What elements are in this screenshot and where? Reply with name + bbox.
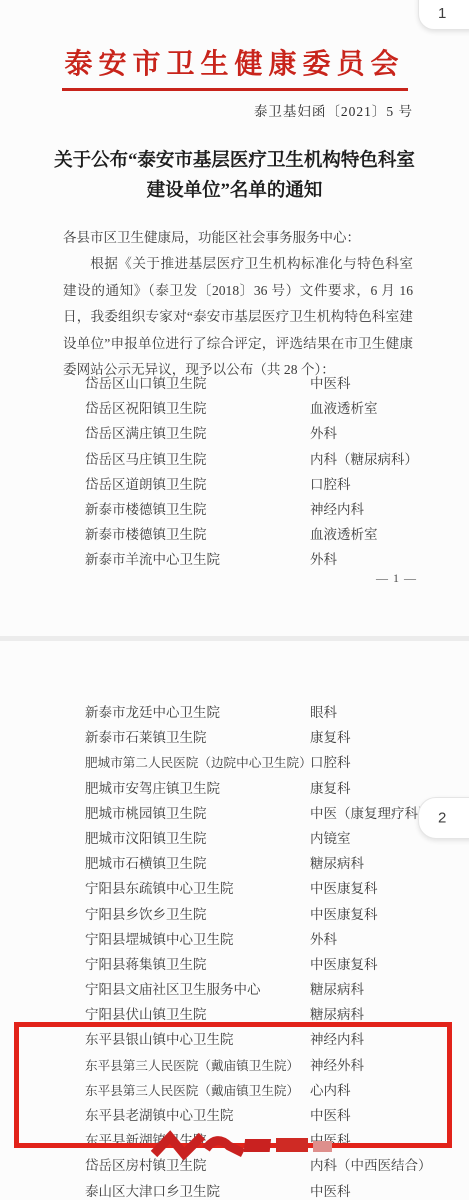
org-name: 肥城市第二人民医院（边院中心卫生院） [85,751,312,776]
dept-name: 中医科 [310,1179,351,1200]
list-item: 宁阳县堽城镇中心卫生院外科 [85,927,460,952]
dept-name: 康复科 [310,725,351,750]
page-indicator-1-number: 1 [438,5,446,22]
org-name: 岱岳区道朗镇卫生院 [85,472,207,497]
org-name: 岱岳区马庄镇卫生院 [85,447,207,472]
dept-name: 糖尿病科 [310,977,364,1002]
list-item: 新泰市石莱镇卫生院康复科 [85,725,460,750]
list-item: 岱岳区满庄镇卫生院外科 [85,421,460,446]
dept-name: 康复科 [310,776,351,801]
list-item: 肥城市汶阳镇卫生院内镜室 [85,826,460,851]
list-item: 泰山区大津口乡卫生院中医科 [85,1179,460,1200]
list-item: 岱岳区山口镇卫生院中医科 [85,371,460,396]
org-name: 岱岳区满庄镇卫生院 [85,421,207,446]
dept-name: 中医康复科 [310,952,378,977]
list-item: 宁阳县乡饮乡卫生院中医康复科 [85,902,460,927]
watermark-strokes [154,1136,332,1154]
dept-name: 内镜室 [310,826,351,851]
dept-name: 外科 [310,421,337,446]
org-name: 肥城市安驾庄镇卫生院 [85,776,220,801]
dept-name: 内科（糖尿病科） [310,447,418,472]
org-name: 岱岳区山口镇卫生院 [85,371,207,396]
org-name: 肥城市桃园镇卫生院 [85,801,207,826]
dept-name: 中医科 [310,371,351,396]
dept-name: 外科 [310,927,337,952]
list-item: 肥城市安驾庄镇卫生院康复科 [85,776,460,801]
list-item: 新泰市龙廷中心卫生院眼科 [85,700,460,725]
dept-name: 中医（康复理疗科） [310,801,432,826]
org-name: 岱岳区祝阳镇卫生院 [85,396,207,421]
page-indicator-2: 2 [418,797,469,839]
document-title-line1: 关于公布“泰安市基层医疗卫生机构特色科室 [0,146,469,176]
document-title: 关于公布“泰安市基层医疗卫生机构特色科室 建设单位”名单的通知 [0,146,469,206]
dept-name: 中医康复科 [310,902,378,927]
page-break-separator [0,636,469,641]
org-name: 宁阳县东疏镇中心卫生院 [85,876,234,901]
org-name: 宁阳县乡饮乡卫生院 [85,902,207,927]
org-name: 新泰市羊流中心卫生院 [85,547,220,572]
page1-footer: — 1 — [376,571,417,586]
salutation: 各县市区卫生健康局，功能区社会事务服务中心： [63,226,360,246]
page-indicator-1: 1 [418,0,469,30]
list-item: 新泰市羊流中心卫生院外科 [85,547,460,572]
list-item: 岱岳区马庄镇卫生院内科（糖尿病科） [85,447,460,472]
dept-name: 神经内科 [310,497,364,522]
org-name: 新泰市石莱镇卫生院 [85,725,207,750]
org-name: 新泰市楼德镇卫生院 [85,522,207,547]
org-name: 宁阳县文庙社区卫生服务中心 [85,977,261,1002]
letterhead-divider [62,88,408,91]
org-name: 肥城市石横镇卫生院 [85,851,207,876]
dept-name: 血液透析室 [310,396,378,421]
document-viewer: 1 2 泰安市卫生健康委员会 泰卫基妇函〔2021〕5 号 关于公布“泰安市基层… [0,0,469,1200]
org-name: 肥城市汶阳镇卫生院 [85,826,207,851]
list-item: 肥城市石横镇卫生院糖尿病科 [85,851,460,876]
red-logo-watermark-icon [150,1130,340,1162]
org-name: 泰山区大津口乡卫生院 [85,1179,220,1200]
page-indicator-2-number: 2 [438,810,446,827]
org-name: 宁阳县堽城镇中心卫生院 [85,927,234,952]
list-item: 肥城市桃园镇卫生院中医（康复理疗科） [85,801,460,826]
org-name: 新泰市楼德镇卫生院 [85,497,207,522]
dept-name: 口腔科 [310,750,351,775]
body-paragraph: 根据《关于推进基层医疗卫生机构标准化与特色科室建设的通知》（泰卫发〔2018〕3… [63,251,413,384]
org-name: 新泰市龙廷中心卫生院 [85,700,220,725]
list-item: 新泰市楼德镇卫生院血液透析室 [85,522,460,547]
document-number: 泰卫基妇函〔2021〕5 号 [254,100,413,120]
dept-name: 眼科 [310,700,337,725]
list-item: 新泰市楼德镇卫生院神经内科 [85,497,460,522]
dept-name: 口腔科 [310,472,351,497]
list-item: 宁阳县东疏镇中心卫生院中医康复科 [85,876,460,901]
agency-letterhead: 泰安市卫生健康委员会 [0,42,469,82]
org-name: 宁阳县蒋集镇卫生院 [85,952,207,977]
list-item: 岱岳区祝阳镇卫生院血液透析室 [85,396,460,421]
list-item: 宁阳县蒋集镇卫生院中医康复科 [85,952,460,977]
list-item: 肥城市第二人民医院（边院中心卫生院）口腔科 [85,750,460,775]
list-item: 岱岳区道朗镇卫生院口腔科 [85,472,460,497]
dept-name: 外科 [310,547,337,572]
page1-list: 岱岳区山口镇卫生院中医科 岱岳区祝阳镇卫生院血液透析室 岱岳区满庄镇卫生院外科 … [85,371,460,573]
document-title-line2: 建设单位”名单的通知 [0,176,469,206]
dept-name: 血液透析室 [310,522,378,547]
list-item: 宁阳县文庙社区卫生服务中心糖尿病科 [85,977,460,1002]
dept-name: 糖尿病科 [310,851,364,876]
dept-name: 中医康复科 [310,876,378,901]
